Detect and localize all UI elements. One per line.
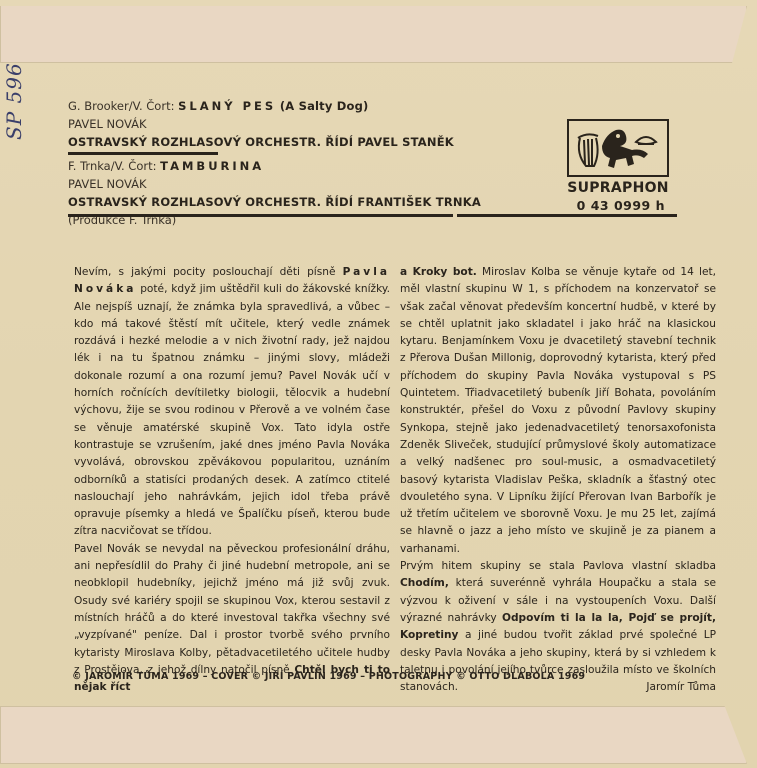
author-signature: Jaromír Tůma: [646, 679, 716, 696]
track-2-composers: F. Trnka/V. Čort:: [68, 159, 156, 173]
track-2-title: TAMBURINA: [160, 159, 264, 173]
track-1-orchestra: OSTRAVSKÝ ROZHLASOVÝ ORCHESTR. ŘÍDÍ PAVE…: [68, 133, 548, 151]
text-run: Nevím, s jakými pocity poslouchají děti …: [74, 266, 343, 278]
sleeve-top-flap: [0, 6, 747, 63]
track-1-heading: G. Brooker/V. Čort: SLANÝ PES (A Salty D…: [68, 97, 548, 115]
text-run: poté, když jim uštědřil kuli do žákovské…: [74, 283, 390, 537]
header-divider-right: [457, 214, 677, 217]
header-divider-left: [68, 214, 453, 217]
song-title: Chodím,: [400, 577, 449, 589]
lion-lyre-icon: [572, 124, 664, 172]
track-2-heading: F. Trnka/V. Čort: TAMBURINA: [68, 157, 548, 175]
track-1-title: SLANÝ PES: [178, 99, 276, 113]
supraphon-lion-lyre-logo-icon: [567, 119, 669, 177]
track-2-orchestra: OSTRAVSKÝ ROZHLASOVÝ ORCHESTR. ŘÍDÍ FRAN…: [68, 193, 548, 211]
copyright-credits: © JAROMÍR TŮMA 1969 – COVER © JIŘÍ PAVLÍ…: [72, 671, 585, 682]
liner-notes-column-2: a Kroky bot. Miroslav Kolba se věnuje ky…: [400, 264, 716, 696]
record-sleeve-back: SP 596 G. Brooker/V. Čort: SLANÝ PES (A …: [0, 0, 757, 768]
song-title: a Kroky bot.: [400, 266, 477, 278]
track-listing: G. Brooker/V. Čort: SLANÝ PES (A Salty D…: [68, 97, 548, 229]
track-1-composers: G. Brooker/V. Čort:: [68, 99, 174, 113]
track-1-subtitle: (A Salty Dog): [280, 99, 369, 113]
label-block: SUPRAPHON 0 43 0999 h: [567, 119, 669, 213]
track-1-performer: PAVEL NOVÁK: [68, 115, 548, 133]
brand-name: SUPRAPHON: [567, 180, 669, 196]
liner-paragraph: Nevím, s jakými pocity poslouchají děti …: [74, 264, 390, 541]
liner-paragraph: a Kroky bot. Miroslav Kolba se věnuje ky…: [400, 264, 716, 558]
track-2-performer: PAVEL NOVÁK: [68, 175, 548, 193]
track-divider: [68, 152, 218, 155]
handwritten-catalog-annotation: SP 596: [2, 62, 26, 140]
liner-notes-column-1: Nevím, s jakými pocity poslouchají děti …: [74, 264, 390, 696]
text-run: Prvým hitem skupiny se stala Pavlova vla…: [400, 560, 716, 572]
text-run: Miroslav Kolba se věnuje kytaře od 14 le…: [400, 266, 716, 555]
sleeve-bottom-flap: [0, 706, 747, 764]
catalog-number: 0 43 0999 h: [567, 198, 669, 213]
text-run: Pavel Novák se nevydal na pěveckou profe…: [74, 543, 390, 676]
